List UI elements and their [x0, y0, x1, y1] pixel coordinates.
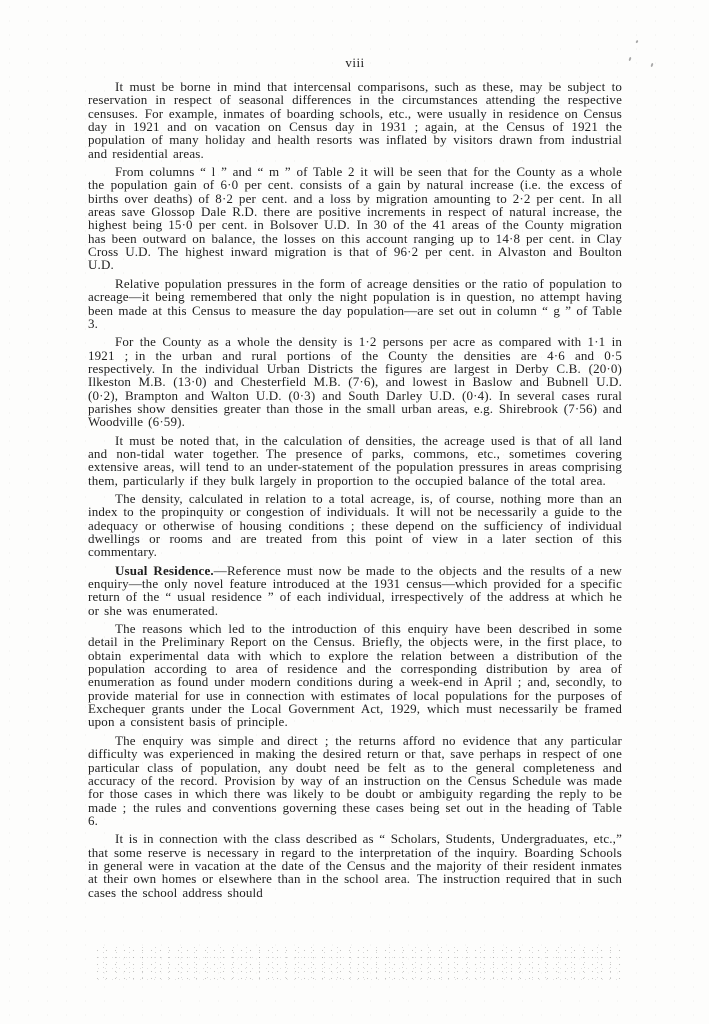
- scan-speck: [635, 40, 638, 43]
- text-block: viii It must be borne in mind that inter…: [88, 55, 622, 904]
- paragraph: For the County as a whole the density is…: [88, 335, 622, 428]
- paragraph: It must be noted that, in the calculatio…: [88, 434, 622, 487]
- scan-speck: [628, 57, 631, 61]
- paragraph: The density, calculated in relation to a…: [88, 492, 622, 559]
- paragraph: Relative population pressures in the for…: [88, 277, 622, 330]
- scan-speck: [650, 63, 653, 67]
- page-number: viii: [88, 55, 622, 71]
- paragraph: It must be borne in mind that intercensa…: [88, 80, 622, 160]
- paragraph: Usual Residence.—Reference must now be m…: [88, 564, 622, 617]
- document-page: viii It must be borne in mind that inter…: [0, 0, 709, 1024]
- scan-noise-band: [93, 947, 622, 980]
- paragraph: From columns “ l ” and “ m ” of Table 2 …: [88, 165, 622, 272]
- paragraph: The reasons which led to the introductio…: [88, 622, 622, 729]
- paragraph: The enquiry was simple and direct ; the …: [88, 734, 622, 827]
- paragraph: It is in connection with the class descr…: [88, 832, 622, 899]
